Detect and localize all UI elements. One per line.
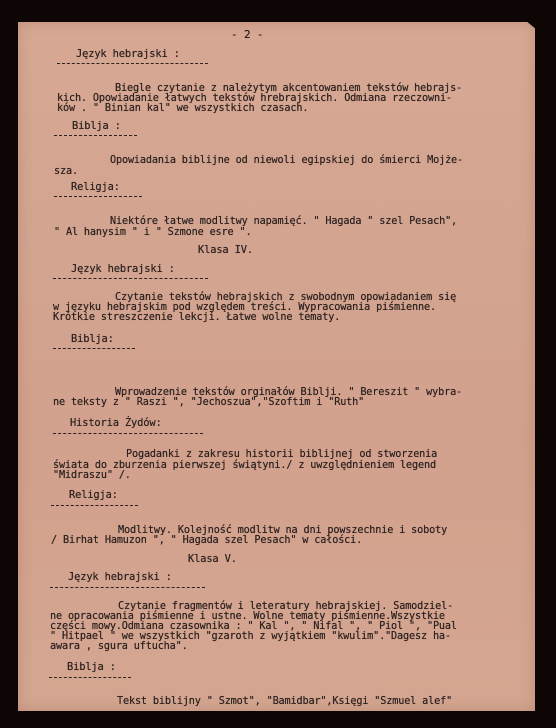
heading-underline	[54, 135, 137, 136]
section-heading: Religja:	[71, 182, 120, 192]
section-heading: Biblja:	[71, 334, 114, 344]
text-line: "Midraszu" /.	[53, 471, 131, 481]
text-line: Pogadanki z zakresu historii biblijnej o…	[126, 450, 437, 460]
section-heading: Język hebrajski :	[71, 264, 175, 274]
section-heading: Biblja :	[72, 121, 121, 131]
heading-underline	[51, 505, 138, 506]
text-line: sza.	[54, 167, 78, 177]
section-heading: Język hebrajski :	[76, 49, 180, 59]
heading-underline	[53, 348, 135, 349]
text-line: Niektóre łatwe modlitwy napamięć. " Haga…	[110, 217, 457, 227]
heading-underline	[53, 433, 203, 434]
heading-underline	[53, 278, 208, 279]
section-heading: Religja:	[69, 490, 118, 500]
text-line: " Al hanysim " i " Szmone esre ".	[54, 228, 251, 238]
text-line: / Birhat Hamuzon ", " Hagada szel Pesach…	[51, 536, 362, 546]
page-number: - 2 -	[231, 30, 263, 40]
section-heading: Język hebrajski :	[68, 572, 172, 582]
section-heading: Historia Żydów:	[70, 418, 162, 428]
heading-underline	[57, 63, 208, 64]
text-line: awara , sgura uftucha".	[50, 642, 188, 652]
typewritten-page: - 2 - Język hebrajski : Biegle czytanie …	[18, 22, 535, 711]
section-heading: Biblja :	[67, 662, 116, 672]
class-title: Klasa V.	[188, 554, 237, 564]
heading-underline	[49, 677, 131, 678]
text-line: Opowiadania biblijne od niewoli egipskie…	[110, 156, 463, 166]
heading-underline	[50, 587, 205, 588]
text-line: Tekst biblijny " Szmot", "Bamidbar",Księ…	[117, 697, 452, 707]
text-line: ków . " Binian kal" we wszystkich czasac…	[57, 104, 308, 114]
class-title: Klasa IV.	[198, 245, 253, 255]
text-line: Krótkie streszczenie lekcji. Łatwe wolne…	[53, 313, 340, 323]
heading-underline	[54, 196, 142, 197]
text-line: ne teksty z " Raszi ", "Jechoszua","Szof…	[53, 398, 364, 408]
